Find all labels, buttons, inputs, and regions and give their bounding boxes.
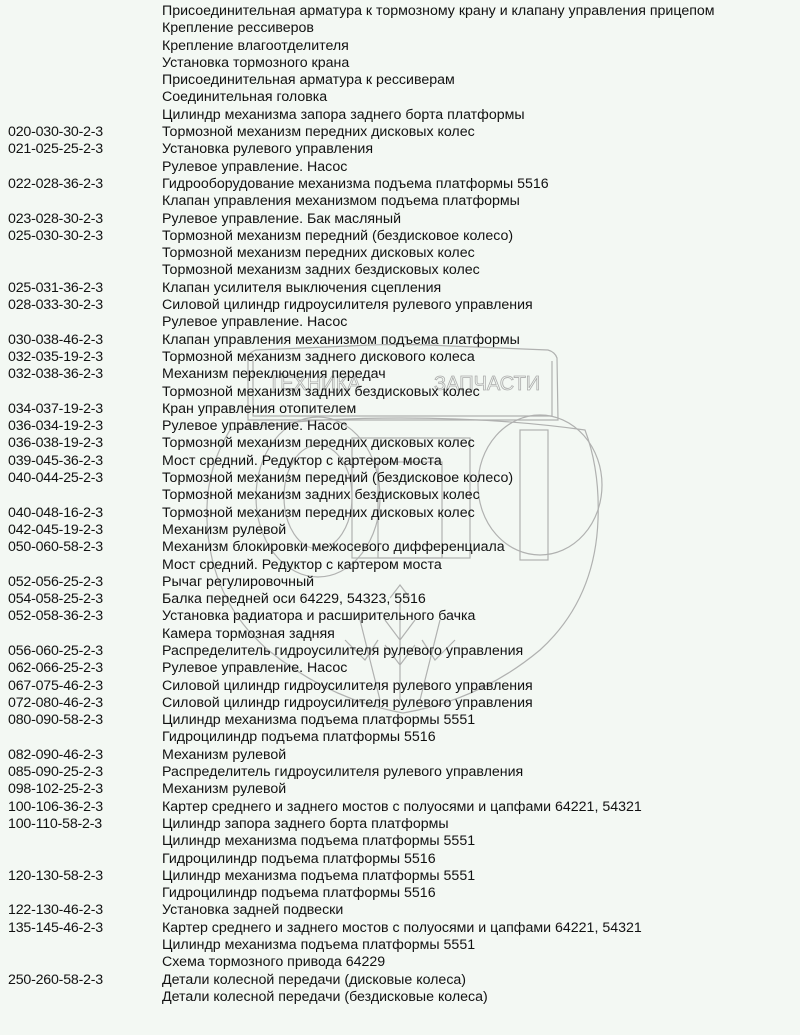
list-item: Тормозной механизм передних дисковых кол… [0, 245, 800, 262]
list-item: 030-038-46-2-3Клапан управления механизм… [0, 332, 800, 349]
part-code: 122-130-46-2-3 [8, 902, 103, 919]
part-title-link[interactable]: Клапан усилителя выключения сцепления [162, 280, 441, 297]
list-item: 022-028-36-2-3Гидрооборудование механизм… [0, 176, 800, 193]
list-item: 100-110-58-2-3Цилиндр запора заднего бор… [0, 816, 800, 833]
part-code: 082-090-46-2-3 [8, 747, 103, 764]
part-title-link[interactable]: Схема тормозного привода 64229 [162, 954, 385, 971]
part-title-link[interactable]: Цилиндр механизма подъема платформы 5551 [162, 833, 475, 850]
part-title-link[interactable]: Соединительная головка [162, 89, 327, 106]
part-title-link[interactable]: Цилиндр механизма запора заднего борта п… [162, 107, 525, 124]
part-title-link[interactable]: Присоединительная арматура к рессиверам [162, 72, 455, 89]
part-title-link[interactable]: Установка рулевого управления [162, 141, 373, 158]
part-title-link[interactable]: Гидроцилиндр подъема платформы 5516 [162, 851, 436, 868]
part-title-link[interactable]: Установка задней подвески [162, 902, 343, 919]
part-title-link[interactable]: Механизм переключения передач [162, 366, 386, 383]
list-item: 032-035-19-2-3Тормозной механизм заднего… [0, 349, 800, 366]
list-item: 023-028-30-2-3Рулевое управление. Бак ма… [0, 211, 800, 228]
part-title-link[interactable]: Камера тормозная задняя [162, 626, 335, 643]
part-code: 135-145-46-2-3 [8, 920, 103, 937]
part-code: 120-130-58-2-3 [8, 868, 103, 885]
part-title-link[interactable]: Клапан управления механизмом подъема пла… [162, 193, 520, 210]
part-code: 032-038-36-2-3 [8, 366, 103, 383]
part-title-link[interactable]: Рулевое управление. Бак масляный [162, 211, 401, 228]
list-item: Цилиндр механизма подъема платформы 5551 [0, 937, 800, 954]
part-code: 040-044-25-2-3 [8, 470, 103, 487]
part-title-link[interactable]: Тормозной механизм передний (бездисковое… [162, 470, 513, 487]
part-title-link[interactable]: Крепление рессиверов [162, 20, 314, 37]
part-title-link[interactable]: Мост средний. Редуктор с картером моста [162, 453, 442, 470]
part-code: 028-033-30-2-3 [8, 297, 103, 314]
part-title-link[interactable]: Тормозной механизм задних бездисковых ко… [162, 487, 480, 504]
list-item: 050-060-58-2-3Механизм блокировки межосе… [0, 539, 800, 556]
part-title-link[interactable]: Цилиндр механизма подъема платформы 5551 [162, 712, 475, 729]
part-title-link[interactable]: Тормозной механизм передний (бездисковое… [162, 228, 513, 245]
part-title-link[interactable]: Силовой цилиндр гидроусилителя рулевого … [162, 678, 533, 695]
list-item: Крепление рессиверов [0, 20, 800, 37]
part-title-link[interactable]: Тормозной механизм передних дисковых кол… [162, 124, 475, 141]
part-code: 036-038-19-2-3 [8, 435, 103, 452]
part-title-link[interactable]: Гидрооборудование механизма подъема плат… [162, 176, 549, 193]
list-item: 040-048-16-2-3Тормозной механизм передни… [0, 505, 800, 522]
part-title-link[interactable]: Детали колесной передачи (бездисковые ко… [162, 989, 488, 1006]
part-code: 030-038-46-2-3 [8, 332, 103, 349]
part-title-link[interactable]: Распределитель гидроусилителя рулевого у… [162, 643, 523, 660]
list-item: Соединительная головка [0, 89, 800, 106]
part-title-link[interactable]: Рычаг регулировочный [162, 574, 314, 591]
part-title-link[interactable]: Тормозной механизм передних дисковых кол… [162, 435, 475, 452]
part-code: 250-260-58-2-3 [8, 972, 103, 989]
list-item: 052-056-25-2-3Рычаг регулировочный [0, 574, 800, 591]
part-code: 050-060-58-2-3 [8, 539, 103, 556]
part-title-link[interactable]: Рулевое управление. Насос [162, 159, 347, 176]
list-item: Цилиндр механизма запора заднего борта п… [0, 107, 800, 124]
list-item: 250-260-58-2-3Детали колесной передачи (… [0, 972, 800, 989]
list-item: 021-025-25-2-3Установка рулевого управле… [0, 141, 800, 158]
list-item: 036-038-19-2-3Тормозной механизм передни… [0, 435, 800, 452]
part-title-link[interactable]: Клапан управления механизмом подъема пла… [162, 332, 520, 349]
part-title-link[interactable]: Картер среднего и заднего мостов с полуо… [162, 799, 642, 816]
list-item: Гидроцилиндр подъема платформы 5516 [0, 851, 800, 868]
part-title-link[interactable]: Гидроцилиндр подъема платформы 5516 [162, 885, 436, 902]
part-code: 021-025-25-2-3 [8, 141, 103, 158]
list-item: Рулевое управление. Насос [0, 314, 800, 331]
part-code: 072-080-46-2-3 [8, 695, 103, 712]
part-title-link[interactable]: Кран управления отопителем [162, 401, 356, 418]
list-item: 122-130-46-2-3Установка задней подвески [0, 902, 800, 919]
part-title-link[interactable]: Цилиндр механизма подъема платформы 5551 [162, 868, 475, 885]
part-code: 039-045-36-2-3 [8, 453, 103, 470]
list-item: 080-090-58-2-3Цилиндр механизма подъема … [0, 712, 800, 729]
part-code: 098-102-25-2-3 [8, 781, 103, 798]
part-title-link[interactable]: Тормозной механизм заднего дискового кол… [162, 349, 475, 366]
list-item: 034-037-19-2-3Кран управления отопителем [0, 401, 800, 418]
part-code: 034-037-19-2-3 [8, 401, 103, 418]
part-title-link[interactable]: Картер среднего и заднего мостов с полуо… [162, 920, 642, 937]
list-item: Рулевое управление. Насос [0, 159, 800, 176]
list-item: Тормозной механизм задних бездисковых ко… [0, 384, 800, 401]
list-item: Камера тормозная задняя [0, 626, 800, 643]
list-item: Тормозной механизм задних бездисковых ко… [0, 262, 800, 279]
part-code: 067-075-46-2-3 [8, 678, 103, 695]
part-code: 036-034-19-2-3 [8, 418, 103, 435]
list-item: 085-090-25-2-3Распределитель гидроусилит… [0, 764, 800, 781]
part-title-link[interactable]: Мост средний. Редуктор с картером моста [162, 557, 442, 574]
part-code: 062-066-25-2-3 [8, 660, 103, 677]
part-code: 052-056-25-2-3 [8, 574, 103, 591]
list-item: Клапан управления механизмом подъема пла… [0, 193, 800, 210]
part-code: 022-028-36-2-3 [8, 176, 103, 193]
part-code: 025-030-30-2-3 [8, 228, 103, 245]
part-code: 100-110-58-2-3 [8, 816, 102, 833]
list-item: 052-058-36-2-3Установка радиатора и расш… [0, 608, 800, 625]
list-item: 054-058-25-2-3Балка передней оси 64229, … [0, 591, 800, 608]
list-item: 036-034-19-2-3Рулевое управление. Насос [0, 418, 800, 435]
part-title-link[interactable]: Распределитель гидроусилителя рулевого у… [162, 764, 523, 781]
part-title-link[interactable]: Тормозной механизм передних дисковых кол… [162, 505, 475, 522]
list-item: 032-038-36-2-3Механизм переключения пере… [0, 366, 800, 383]
part-code: 080-090-58-2-3 [8, 712, 103, 729]
part-title-link[interactable]: Силовой цилиндр гидроусилителя рулевого … [162, 297, 533, 314]
part-code: 032-035-19-2-3 [8, 349, 103, 366]
list-item: 067-075-46-2-3Силовой цилиндр гидроусили… [0, 678, 800, 695]
part-title-link[interactable]: Установка тормозного крана [162, 55, 349, 72]
part-code: 100-106-36-2-3 [8, 799, 103, 816]
part-title-link[interactable]: Тормозной механизм задних бездисковых ко… [162, 262, 480, 279]
part-title-link[interactable]: Гидроцилиндр подъема платформы 5516 [162, 729, 436, 746]
list-item: 025-030-30-2-3Тормозной механизм передни… [0, 228, 800, 245]
list-item: 042-045-19-2-3Механизм рулевой [0, 522, 800, 539]
part-title-link[interactable]: Механизм рулевой [162, 747, 286, 764]
list-item: 020-030-30-2-3Тормозной механизм передни… [0, 124, 800, 141]
part-code: 025-031-36-2-3 [8, 280, 103, 297]
list-item: 039-045-36-2-3Мост средний. Редуктор с к… [0, 453, 800, 470]
list-item: Тормозной механизм задних бездисковых ко… [0, 487, 800, 504]
part-code: 052-058-36-2-3 [8, 608, 103, 625]
list-item: Мост средний. Редуктор с картером моста [0, 557, 800, 574]
list-item: Цилиндр механизма подъема платформы 5551 [0, 833, 800, 850]
part-title-link[interactable]: Механизм рулевой [162, 522, 286, 539]
part-title-link[interactable]: Балка передней оси 64229, 54323, 5516 [162, 591, 426, 608]
part-code: 020-030-30-2-3 [8, 124, 103, 141]
list-item: 135-145-46-2-3Картер среднего и заднего … [0, 920, 800, 937]
list-item: 098-102-25-2-3Механизм рулевой [0, 781, 800, 798]
part-title-link[interactable]: Присоединительная арматура к тормозному … [162, 3, 715, 20]
list-item: 062-066-25-2-3Рулевое управление. Насос [0, 660, 800, 677]
part-title-link[interactable]: Рулевое управление. Насос [162, 660, 347, 677]
part-title-link[interactable]: Рулевое управление. Насос [162, 314, 347, 331]
list-item: 120-130-58-2-3Цилиндр механизма подъема … [0, 868, 800, 885]
list-item: 100-106-36-2-3Картер среднего и заднего … [0, 799, 800, 816]
part-title-link[interactable]: Механизм блокировки межосевого дифференц… [162, 539, 505, 556]
parts-index-list: Присоединительная арматура к тормозному … [0, 3, 800, 1006]
list-item: Гидроцилиндр подъема платформы 5516 [0, 729, 800, 746]
list-item: Гидроцилиндр подъема платформы 5516 [0, 885, 800, 902]
list-item: 040-044-25-2-3Тормозной механизм передни… [0, 470, 800, 487]
part-title-link[interactable]: Механизм рулевой [162, 781, 286, 798]
part-title-link[interactable]: Цилиндр запора заднего борта платформы [162, 816, 449, 833]
part-code: 023-028-30-2-3 [8, 211, 103, 228]
part-title-link[interactable]: Крепление влагоотделителя [162, 38, 349, 55]
part-code: 042-045-19-2-3 [8, 522, 103, 539]
part-title-link[interactable]: Детали колесной передачи (дисковые колес… [162, 972, 466, 989]
list-item: Установка тормозного крана [0, 55, 800, 72]
list-item: 025-031-36-2-3Клапан усилителя выключени… [0, 280, 800, 297]
list-item: Детали колесной передачи (бездисковые ко… [0, 989, 800, 1006]
part-code: 056-060-25-2-3 [8, 643, 103, 660]
list-item: 072-080-46-2-3Силовой цилиндр гидроусили… [0, 695, 800, 712]
part-code: 040-048-16-2-3 [8, 505, 103, 522]
list-item: Присоединительная арматура к тормозному … [0, 3, 800, 20]
part-title-link[interactable]: Рулевое управление. Насос [162, 418, 347, 435]
list-item: 082-090-46-2-3Механизм рулевой [0, 747, 800, 764]
list-item: Присоединительная арматура к рессиверам [0, 72, 800, 89]
part-code: 054-058-25-2-3 [8, 591, 103, 608]
part-title-link[interactable]: Тормозной механизм задних бездисковых ко… [162, 384, 480, 401]
part-title-link[interactable]: Установка радиатора и расширительного ба… [162, 608, 475, 625]
part-title-link[interactable]: Тормозной механизм передних дисковых кол… [162, 245, 475, 262]
list-item: 056-060-25-2-3Распределитель гидроусилит… [0, 643, 800, 660]
part-title-link[interactable]: Силовой цилиндр гидроусилителя рулевого … [162, 695, 533, 712]
part-title-link[interactable]: Цилиндр механизма подъема платформы 5551 [162, 937, 475, 954]
list-item: Крепление влагоотделителя [0, 38, 800, 55]
list-item: 028-033-30-2-3Силовой цилиндр гидроусили… [0, 297, 800, 314]
list-item: Схема тормозного привода 64229 [0, 954, 800, 971]
part-code: 085-090-25-2-3 [8, 764, 103, 781]
